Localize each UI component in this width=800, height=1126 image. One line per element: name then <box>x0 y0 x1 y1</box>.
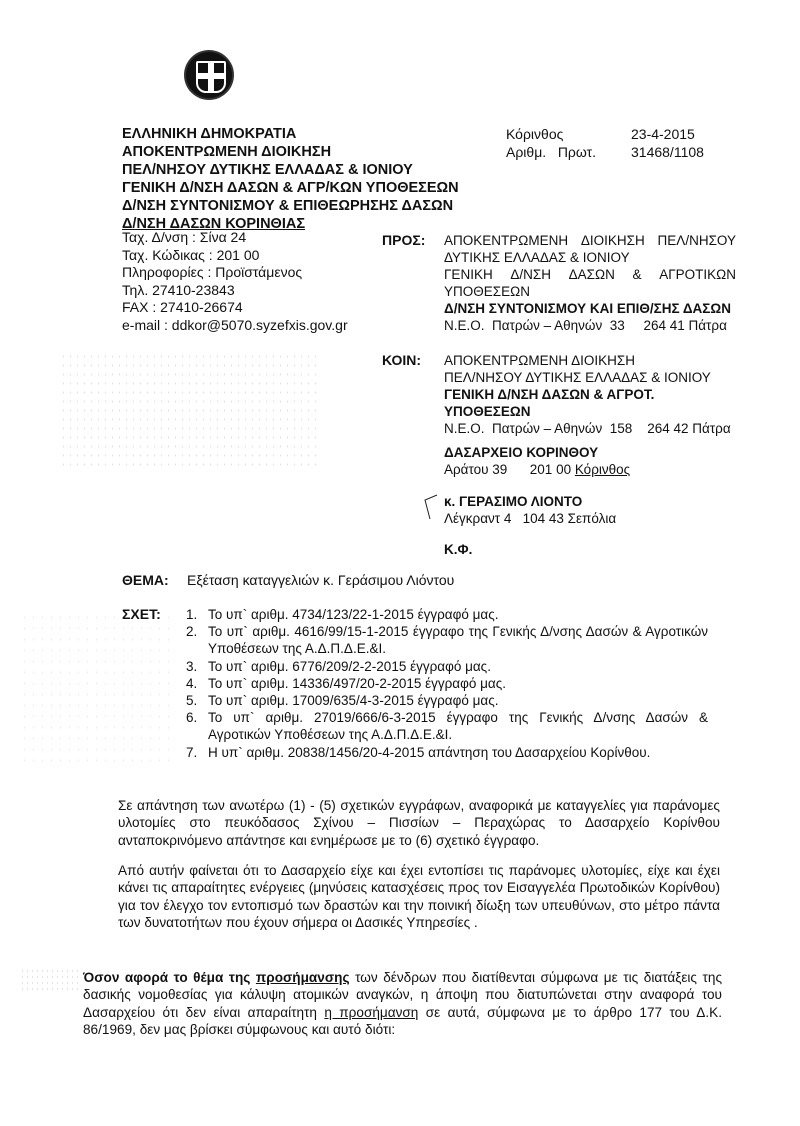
to-line: ΓΕΝΙΚΗ Δ/ΝΣΗ ΔΑΣΩΝ & ΑΓΡΟΤΙΚΩΝ <box>444 266 736 283</box>
reference-item: 3. Το υπ` αριθμ. 6776/209/2-2-2015 έγγρα… <box>186 658 708 675</box>
complainant-address: Λέγκραντ 4 104 43 Σεπόλια <box>444 510 616 527</box>
contact-address: Ταχ. Δ/νση : Σίνα 24 <box>122 229 348 247</box>
body-paragraph-1: Σε απάντηση των ανωτέρω (1) - (5) σχετικ… <box>118 797 720 849</box>
bracket-mark-icon <box>424 494 438 520</box>
sender-line: Δ/ΝΣΗ ΣΥΝΤΟΝΙΣΜΟΥ & ΕΠΙΘΕΩΡΗΣΗΣ ΔΑΣΩΝ <box>122 197 459 215</box>
body-paragraph-2: Από αυτήν φαίνεται ότι το Δασαρχείο είχε… <box>118 862 720 931</box>
contact-info: Πληροφορίες : Προϊστάμενος <box>122 264 348 282</box>
cc-line-bold: ΥΠΟΘΕΣΕΩΝ <box>444 403 744 420</box>
cc-address: Ν.Ε.Ο. Πατρών – Αθηνών 158 264 42 Πάτρα <box>444 420 744 437</box>
date-protocol-block: Κόρινθος 23-4-2015 Αριθμ. Πρωτ. 31468/11… <box>506 125 704 161</box>
file-copy-label: Κ.Φ. <box>444 542 472 557</box>
cc-line: ΑΠΟΚΕΝΤΡΩΜΕΝΗ ΔΙΟΙΚΗΣΗ <box>444 352 744 369</box>
references-list: 1. Το υπ` αριθμ. 4734/123/22-1-2015 έγγρ… <box>186 606 708 761</box>
reference-item: 7. Η υπ` αριθμ. 20838/1456/20-4-2015 απά… <box>186 744 708 761</box>
cc-label: ΚΟΙΝ: <box>382 352 421 368</box>
place-label: Κόρινθος <box>506 125 631 143</box>
cc-complainant: κ. ΓΕΡΑΣΙΜΟ ΛΙΟΝΤΟ Λέγκραντ 4 104 43 Σεπ… <box>444 493 616 527</box>
reference-item: 5. Το υπ` αριθμ. 17009/635/4-3-2015 έγγρ… <box>186 692 708 709</box>
forestry-office-address: Αράτου 39 201 00 Κόρινθος <box>444 461 630 478</box>
cc-recipient: ΑΠΟΚΕΝΤΡΩΜΕΝΗ ΔΙΟΙΚΗΣΗ ΠΕΛ/ΝΗΣΟΥ ΔΥΤΙΚΗΣ… <box>444 352 744 437</box>
to-line-bold: Δ/ΝΣΗ ΣΥΝΤΟΝΙΣΜΟΥ ΚΑΙ ΕΠΙΘ/ΣΗΣ ΔΑΣΩΝ <box>444 300 736 317</box>
sender-line: ΕΛΛΗΝΙΚΗ ΔΗΜΟΚΡΑΤΙΑ <box>122 125 459 143</box>
document-date: 23-4-2015 <box>631 125 695 143</box>
to-address: Ν.Ε.Ο. Πατρών – Αθηνών 33 264 41 Πάτρα <box>444 317 736 334</box>
scan-artifact <box>20 968 80 990</box>
reference-item: 4. Το υπ` αριθμ. 14336/497/20-2-2015 έγγ… <box>186 675 708 692</box>
complainant-name: κ. ΓΕΡΑΣΙΜΟ ΛΙΟΝΤΟ <box>444 493 616 510</box>
sender-line: ΓΕΝΙΚΗ Δ/ΝΣΗ ΔΑΣΩΝ & ΑΓΡ/ΚΩΝ ΥΠΟΘΕΣΕΩΝ <box>122 179 459 197</box>
references-label: ΣΧΕΤ: <box>122 606 161 622</box>
subject-text: Εξέταση καταγγελιών κ. Γεράσιμου Λιόντου <box>187 572 454 588</box>
contact-email: e-mail : ddkor@5070.syzefxis.gov.gr <box>122 317 348 335</box>
forestry-office-name: ΔΑΣΑΡΧΕΙΟ ΚΟΡΙΝΘΟΥ <box>444 444 630 461</box>
reference-item: 6. Το υπ` αριθμ. 27019/666/6-3-2015 έγγρ… <box>186 709 708 743</box>
to-line: ΑΠΟΚΕΝΤΡΩΜΕΝΗ ΔΙΟΙΚΗΣΗ ΠΕΛ/ΝΗΣΟΥ <box>444 232 736 249</box>
sender-line: ΑΠΟΚΕΝΤΡΩΜΕΝΗ ΔΙΟΙΚΗΣΗ <box>122 143 459 161</box>
contact-phone: Τηλ. 27410-23843 <box>122 282 348 300</box>
protocol-label: Αριθμ. Πρωτ. <box>506 143 631 161</box>
scan-artifact <box>20 612 170 762</box>
reference-item: 1. Το υπ` αριθμ. 4734/123/22-1-2015 έγγρ… <box>186 606 708 623</box>
to-recipient: ΑΠΟΚΕΝΤΡΩΜΕΝΗ ΔΙΟΙΚΗΣΗ ΠΕΛ/ΝΗΣΟΥ ΔΥΤΙΚΗΣ… <box>444 232 736 334</box>
to-line: ΔΥΤΙΚΗΣ ΕΛΛΑΔΑΣ & ΙΟΝΙΟΥ <box>444 249 736 266</box>
cc-line: ΠΕΛ/ΝΗΣΟΥ ΔΥΤΙΚΗΣ ΕΛΛΑΔΑΣ & ΙΟΝΙΟΥ <box>444 369 744 386</box>
emblem-shield <box>196 61 226 93</box>
protocol-number: 31468/1108 <box>631 143 704 161</box>
to-label: ΠΡΟΣ: <box>382 232 425 248</box>
body-paragraph-3: Όσον αφορά το θέμα της προσήμανσης των δ… <box>83 969 722 1038</box>
sender-contact: Ταχ. Δ/νση : Σίνα 24 Ταχ. Κώδικας : 201 … <box>122 229 348 334</box>
to-line: ΥΠΟΘΕΣΕΩΝ <box>444 283 736 300</box>
contact-postcode: Ταχ. Κώδικας : 201 00 <box>122 247 348 265</box>
cc-line-bold: ΓΕΝΙΚΗ Δ/ΝΣΗ ΔΑΣΩΝ & ΑΓΡΟΤ. <box>444 386 744 403</box>
sender-header: ΕΛΛΗΝΙΚΗ ΔΗΜΟΚΡΑΤΙΑ ΑΠΟΚΕΝΤΡΩΜΕΝΗ ΔΙΟΙΚΗ… <box>122 125 459 233</box>
contact-fax: FAX : 27410-26674 <box>122 299 348 317</box>
sender-line: ΠΕΛ/ΝΗΣΟΥ ΔΥΤΙΚΗΣ ΕΛΛΑΔΑΣ & ΙΟΝΙΟΥ <box>122 161 459 179</box>
scan-artifact <box>60 352 320 472</box>
cc-forestry-office: ΔΑΣΑΡΧΕΙΟ ΚΟΡΙΝΘΟΥ Αράτου 39 201 00 Κόρι… <box>444 444 630 478</box>
subject-label: ΘΕΜΑ: <box>122 572 169 588</box>
greek-emblem-icon <box>186 52 232 98</box>
reference-item: 2. Το υπ` αριθμ. 4616/99/15-1-2015 έγγρα… <box>186 623 708 657</box>
